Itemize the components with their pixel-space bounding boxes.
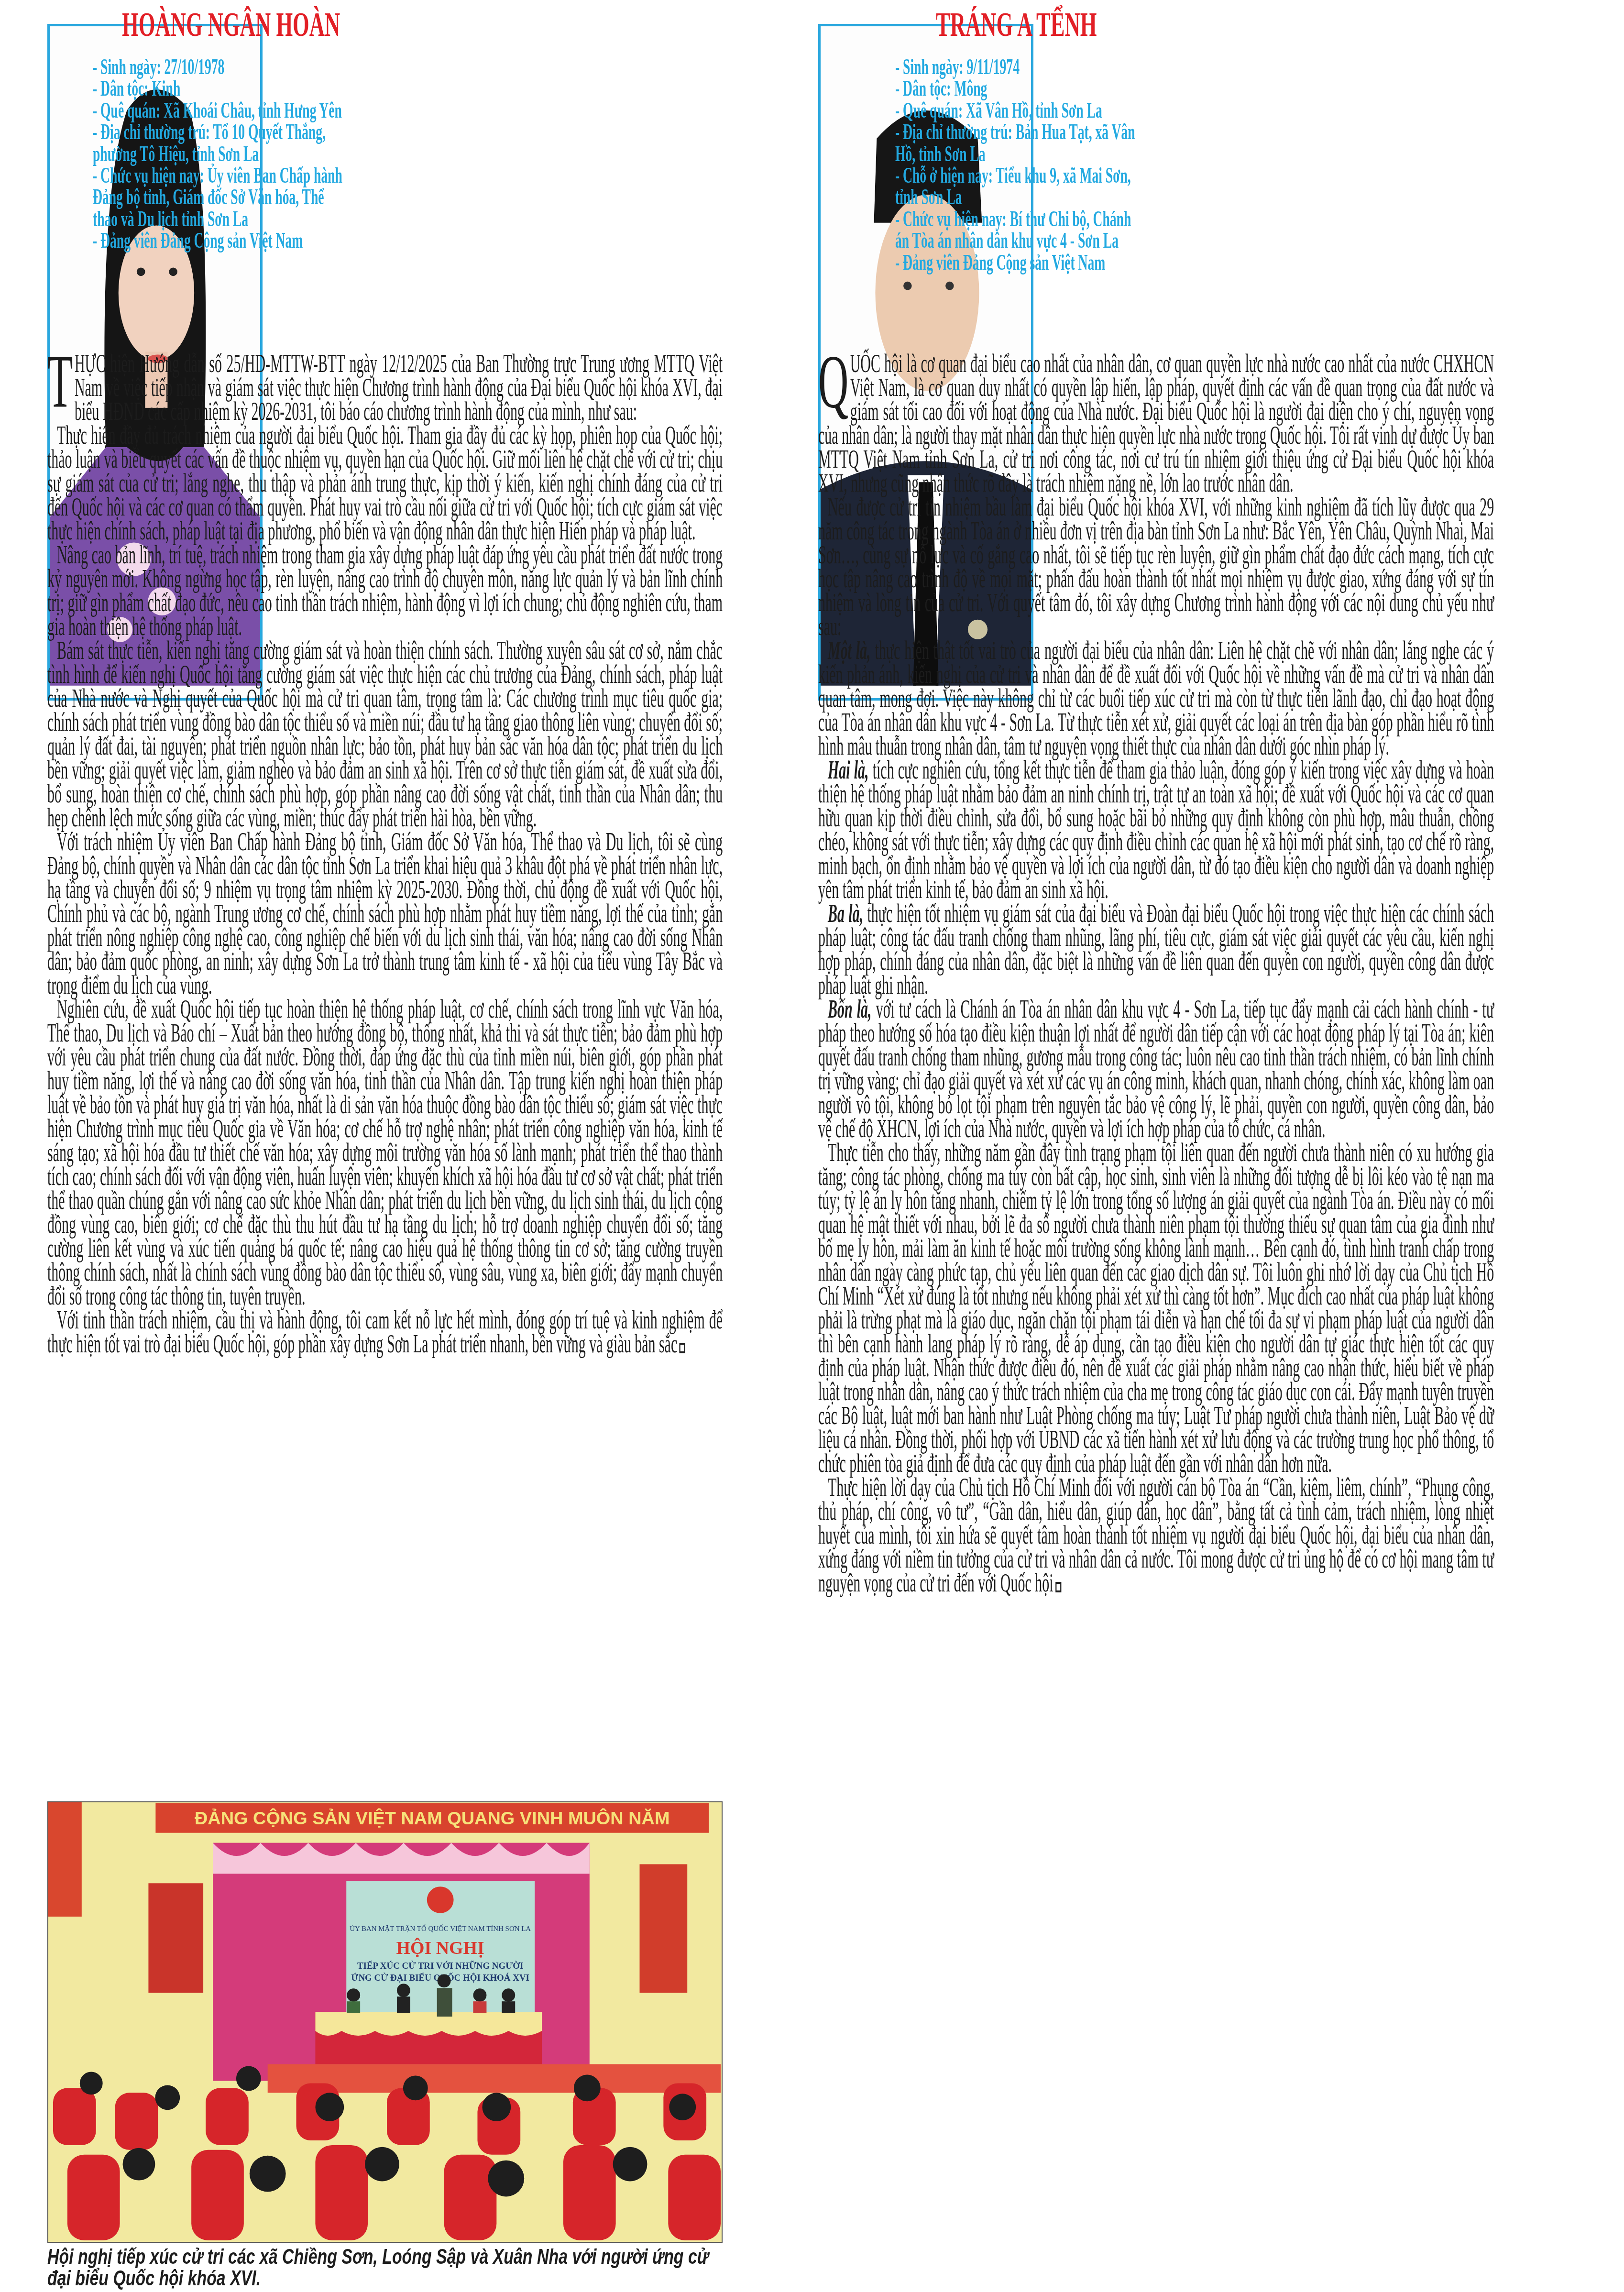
svg-text:ỦY BAN MẶT TRẬN TỔ QUỐC VIỆT N: ỦY BAN MẶT TRẬN TỔ QUỐC VIỆT NAM TỈNH SƠ… xyxy=(350,1924,531,1933)
voter-meeting-hall-image: ĐẢNG CỘNG SẢN VIỆT NAM QUANG VINH MUÔN N… xyxy=(48,1802,722,2242)
article-paragraph: Thực tiễn cho thấy, những năm gần đây tì… xyxy=(818,1141,1494,1475)
action-program-article-hoang-ngan-hoan: THỰC hiện Hướng dẫn số 25/HD-MTTW-BTT ng… xyxy=(47,351,723,1356)
bio-current-position: - Chức vụ hiện nay: Ủy viên Ban Chấp hàn… xyxy=(93,164,342,230)
candidate-name: HOÀNG NGÂN HOÀN xyxy=(122,5,340,44)
candidate-name: TRÁNG A TỂNH xyxy=(936,5,1097,44)
candidate-bio-list: - Sinh ngày: 9/11/1974 - Dân tộc: Mông -… xyxy=(895,56,1142,273)
article-paragraph: Thực hiện đầy đủ trách nhiệm của người đ… xyxy=(47,423,723,543)
article-paragraph: Với trách nhiệm Ủy viên Ban Chấp hành Đả… xyxy=(47,830,723,997)
article-paragraph: Nâng cao bản lĩnh, trí tuệ, trách nhiệm … xyxy=(47,543,723,638)
bio-ethnicity: - Dân tộc: Mông xyxy=(895,77,1142,99)
article-paragraph: Nếu được cử tri tín nhiệm bầu làm đại bi… xyxy=(818,495,1494,638)
article-paragraph: Nghiên cứu, đề xuất Quốc hội tiếp tục ho… xyxy=(47,997,723,1308)
conference-photo: ĐẢNG CỘNG SẢN VIỆT NAM QUANG VINH MUÔN N… xyxy=(47,1801,723,2243)
article-point-one: Một là, thực hiện thật tốt vai trò của n… xyxy=(818,638,1494,758)
drop-cap: T xyxy=(47,353,75,411)
bio-birthdate: - Sinh ngày: 27/10/1978 xyxy=(93,56,342,77)
end-of-article-icon xyxy=(1055,1582,1061,1592)
bio-current-position: - Chức vụ hiện nay: Bí thư Chi bộ, Chánh… xyxy=(895,208,1142,252)
bio-ethnicity: - Dân tộc: Kinh xyxy=(93,77,342,99)
bio-permanent-address: - Địa chỉ thường trú: Tổ 10 Quyết Thắng,… xyxy=(93,121,342,164)
photo-caption: Hội nghị tiếp xúc cử tri các xã Chiềng S… xyxy=(47,2246,736,2289)
bio-current-residence: - Chỗ ở hiện nay: Tiểu khu 9, xã Mai Sơn… xyxy=(895,164,1142,208)
bio-birthdate: - Sinh ngày: 9/11/1974 xyxy=(895,56,1142,77)
bio-permanent-address: - Địa chỉ thường trú: Bản Hua Tạt, xã Vâ… xyxy=(895,121,1142,164)
drop-cap: Q xyxy=(818,353,850,411)
action-program-article-trang-a-tenh: QUỐC hội là cơ quan đại biểu cao nhất củ… xyxy=(818,351,1494,1595)
svg-text:TIẾP XÚC CỬ TRI VỚI NHỮNG NGƯỜ: TIẾP XÚC CỬ TRI VỚI NHỮNG NGƯỜI xyxy=(357,1961,524,1971)
article-point-three: Ba là, thực hiện tốt nhiệm vụ giám sát c… xyxy=(818,901,1494,997)
article-paragraph: Bám sát thực tiễn, kiến nghị tăng cường … xyxy=(47,638,723,830)
bio-party-membership: - Đảng viên Đảng Cộng sản Việt Nam xyxy=(895,252,1142,273)
svg-text:ĐẢNG CỘNG SẢN VIỆT NAM QUANG V: ĐẢNG CỘNG SẢN VIỆT NAM QUANG VINH MUÔN N… xyxy=(195,1807,670,1829)
bio-hometown: - Quê quán: Xã Khoái Châu, tỉnh Hưng Yên xyxy=(93,99,342,121)
article-point-two: Hai là, tích cực nghiên cứu, tổng kết th… xyxy=(818,758,1494,901)
end-of-article-icon xyxy=(680,1343,685,1353)
svg-text:HỘI NGHỊ: HỘI NGHỊ xyxy=(396,1938,484,1958)
article-intro-paragraph: QUỐC hội là cơ quan đại biểu cao nhất củ… xyxy=(818,351,1494,495)
article-closing-paragraph: Thực hiện lời dạy của Chủ tịch Hồ Chí Mi… xyxy=(818,1475,1494,1595)
candidate-bio-list: - Sinh ngày: 27/10/1978 - Dân tộc: Kinh … xyxy=(93,56,342,252)
bio-party-membership: - Đảng viên Đảng Cộng sản Việt Nam xyxy=(93,230,342,251)
bio-hometown: - Quê quán: Xã Vân Hồ, tỉnh Sơn La xyxy=(895,99,1142,121)
article-closing-paragraph: Với tinh thần trách nhiệm, cầu thị và hà… xyxy=(47,1308,723,1356)
article-intro-paragraph: THỰC hiện Hướng dẫn số 25/HD-MTTW-BTT ng… xyxy=(47,351,723,423)
article-point-four: Bốn là, với tư cách là Chánh án Tòa án n… xyxy=(818,997,1494,1141)
